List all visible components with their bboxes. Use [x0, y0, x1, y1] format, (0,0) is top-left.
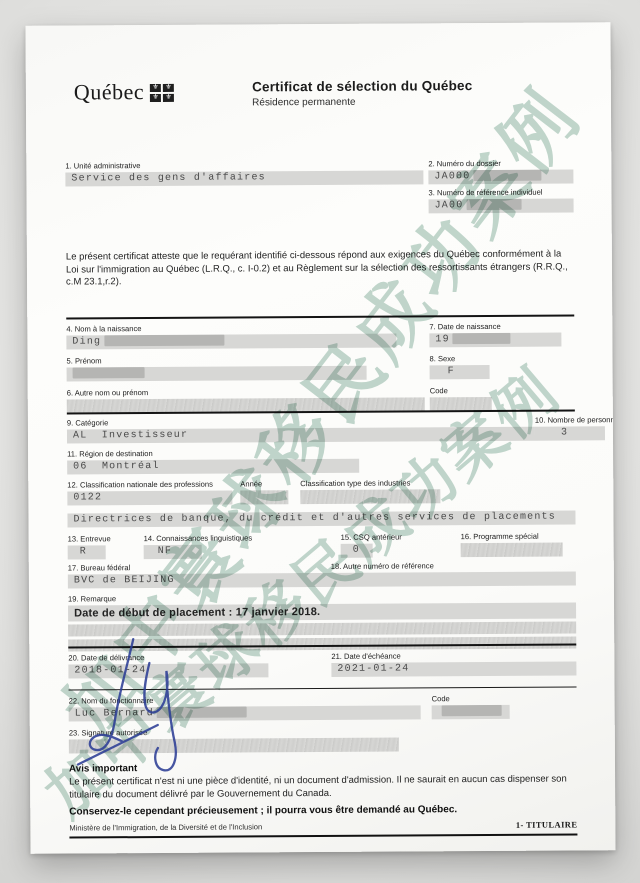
field-value: 2021-01-24	[331, 661, 576, 676]
fleur-de-lis-icon: ⚜	[163, 94, 174, 102]
field-programme-special: 16. Programme spécial	[461, 531, 576, 557]
field-value: Date de début de placement : 17 janvier …	[68, 602, 576, 621]
field-value: 3	[535, 426, 605, 440]
profession-description: Directrices de banque, du crédit et d'au…	[67, 510, 575, 527]
field-value: BVC de BEIJING	[68, 571, 576, 588]
redaction-block	[73, 367, 145, 378]
field-prenom: 5. Prénom	[66, 354, 429, 381]
field-value	[432, 705, 510, 719]
redaction-block	[453, 333, 511, 344]
field-unite-administrative: 1. Unité administrative Service des gens…	[65, 159, 428, 215]
field-value: R	[68, 545, 106, 559]
copy-designation: 1- TITULAIRE	[516, 819, 578, 829]
field-code-1: Code	[430, 385, 575, 411]
scan-background: Québec ⚜ ⚜ ⚜ ⚜ Certificat de sélection d…	[0, 0, 640, 883]
field-value: JA000	[428, 169, 573, 184]
field-date-echeance: 21. Date d'échéance 2021-01-24	[331, 650, 576, 676]
document-title: Certificat de sélection du Québec	[252, 78, 472, 94]
field-sexe: 8. Sexe F	[429, 353, 574, 379]
field-autre-numero-label: 18. Autre numéro de référence	[331, 561, 434, 571]
section-identity: 4. Nom à la naissance Ding 7. Date de na…	[66, 321, 575, 413]
field-connaissances-linguistiques: 14. Connaissances linguistiques NF	[144, 533, 341, 559]
field-value: 0122	[67, 491, 232, 506]
field-value: JA00	[429, 198, 574, 213]
fleur-de-lis-icon: ⚜	[150, 94, 161, 102]
field-value	[67, 366, 367, 382]
intro-paragraph: Le présent certificat atteste que le req…	[66, 248, 574, 289]
field-value: NF	[144, 545, 202, 559]
quebec-flag-icon: ⚜ ⚜ ⚜ ⚜	[150, 84, 174, 102]
field-value	[461, 543, 563, 558]
redaction-block	[442, 705, 502, 716]
field-code-2: Code	[432, 693, 577, 719]
field-value: 06 Montréal	[67, 459, 359, 475]
redaction-block	[473, 170, 541, 181]
field-value	[300, 489, 440, 504]
field-region-destination: 11. Région de destination 06 Montréal	[67, 446, 575, 474]
ministry-name: Ministère de l'Immigration, de la Divers…	[69, 822, 262, 832]
field-date-naissance: 7. Date de naissance 19	[429, 321, 574, 347]
field-value: Service des gens d'affaires	[65, 170, 423, 186]
notice-keep-line: Conservez-le cependant précieusement ; i…	[69, 804, 577, 818]
field-numero-dossier: 2. Numéro du dossier JA000	[428, 158, 573, 184]
field-value: AL Investisseur	[67, 427, 535, 444]
field-value: F	[430, 365, 490, 379]
footer: Ministère de l'Immigration, de la Divers…	[69, 819, 577, 838]
field-value: Ding	[66, 334, 396, 350]
header: Québec ⚜ ⚜ ⚜ ⚜ Certificat de sélection d…	[74, 76, 594, 109]
redaction-block	[104, 335, 224, 347]
field-nom-naissance: 4. Nom à la naissance Ding	[66, 322, 429, 349]
field-nombre-personne: 10. Nombre de personne 3	[535, 415, 616, 441]
fleur-de-lis-icon: ⚜	[163, 84, 174, 92]
field-entrevue: 13. Entrevue R	[68, 534, 144, 559]
document-subtitle: Résidence permanente	[252, 96, 472, 108]
field-autre-nom: 6. Autre nom ou prénom	[67, 386, 430, 413]
redaction-block	[466, 199, 521, 210]
field-categorie: 9. Catégorie AL Investisseur	[67, 416, 535, 444]
field-bureau-federal: 17. Bureau fédéral 18. Autre numéro de r…	[68, 560, 576, 588]
section-selection-details: 9. Catégorie AL Investisseur 10. Nombre …	[67, 415, 576, 651]
section-divider	[66, 314, 574, 319]
field-value: 19	[429, 333, 561, 348]
certificate-page: Québec ⚜ ⚜ ⚜ ⚜ Certificat de sélection d…	[25, 22, 615, 854]
field-csq-anterieur: 15. CSQ antérieur 0	[341, 532, 461, 558]
quebec-wordmark: Québec	[74, 79, 144, 105]
field-classification: 12. Classification nationale des profess…	[67, 477, 575, 527]
handwritten-signature	[71, 633, 197, 784]
field-value: 0	[341, 544, 373, 558]
field-numero-reference: 3. Numéro de référence individuel JA00	[428, 187, 573, 213]
field-value	[240, 490, 288, 504]
section-identification-numbers: 1. Unité administrative Service des gens…	[65, 158, 573, 222]
fleur-de-lis-icon: ⚜	[150, 84, 161, 92]
